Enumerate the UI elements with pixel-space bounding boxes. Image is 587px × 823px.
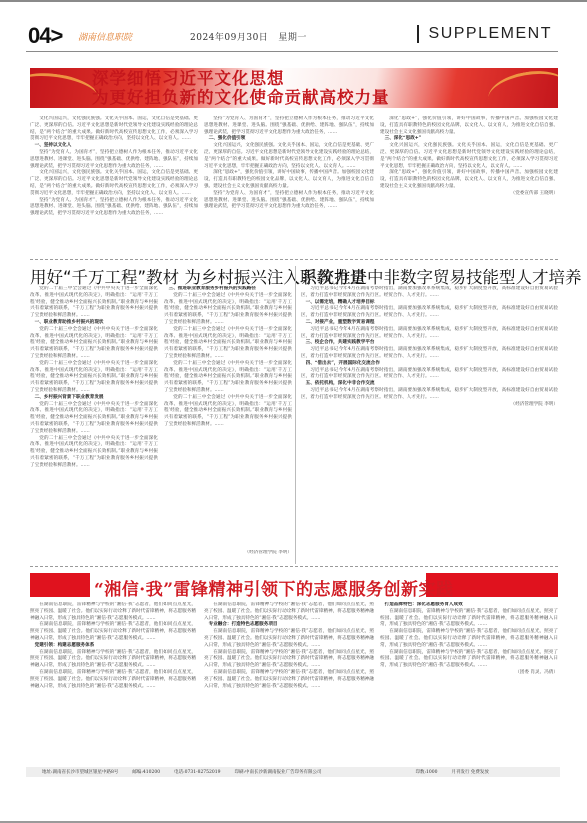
article-culture-col-3: 深化“思政+”，强化价值引领，讲好中国故事，传播中国声音。加强校园文化建设，打造…	[380, 116, 558, 262]
column-divider	[295, 266, 296, 564]
banner-headline: 深学细悟习近平文化思想 为更好担负新的文化使命贡献高校力量	[92, 69, 390, 107]
footer-distribution: 月刊发行 免费发放	[451, 769, 488, 775]
paper-name: 湖南信息职院	[78, 30, 132, 43]
imprint-footer: 地址:湖南省长沙市望城区银星中路8号 邮编:410200 电话:0731-827…	[26, 767, 560, 777]
article-volunteer-title: “湘信·我”雷锋精神引领下的志愿服务创新实践	[94, 575, 453, 600]
page-number: 04>	[28, 23, 62, 49]
footer-address: 地址:湖南省长沙市望城区银星中路8号	[42, 769, 118, 775]
footer-phone: 电话:0731-82752019	[174, 769, 220, 775]
article-culture-col-1: 文化兴国运兴，文化强民族强。文化关乎国本、国运，文化自信是更基础、更广泛、更深厚…	[30, 116, 198, 262]
article-rural-signature: （经济管理学院 李明）	[164, 550, 292, 560]
article-rural-col-1: 党的二十届三中全会通过《中共中央关于进一步全面深化改革、推进中国式现代化的决定》…	[30, 286, 158, 548]
section-divider	[30, 566, 558, 567]
top-rule	[0, 0, 587, 2]
issue-date: 2024年09月30日 星期一	[190, 30, 307, 43]
section-divider	[30, 259, 558, 260]
headline-banner: 深学细悟习近平文化思想 为更好担负新的文化使命贡献高校力量	[30, 68, 558, 108]
footer-circulation: 印数:1000	[416, 769, 438, 775]
article-trade-body: 习近平总书记今年4月在湖南考察时指出，湖南要加强改革系统集成，稳步扩大制度型开放…	[301, 286, 558, 562]
section-label: SUPPLEMENT	[417, 25, 552, 43]
footer-printer: 印刷:中南长沙新湖南报业广告印务有限公司	[235, 769, 322, 775]
article-culture-col-2: 坚持“为党育人、为国育才”，坚持把立德树人作为根本任务，推动习近平文化思想进教材…	[204, 116, 374, 262]
article-volunteer-col-1: 在湖南信息职院，雷锋精神与学校的“湘信·我”志愿者，他们如同点点星光，照亮了校园…	[30, 602, 196, 762]
article-rural-col-2: 三、推进职业教育服务乡村振兴的实践路径 党的二十届三中全会通过《中共中央关于进一…	[164, 286, 292, 548]
article-trade-title: 系统推进中非数字贸易技能型人才培养	[301, 264, 582, 288]
masthead: 04> 湖南信息职院 2024年09月30日 星期一 SUPPLEMENT	[26, 20, 558, 52]
article-volunteer-col-2: 在湖南信息职院，雷锋精神与学校的“湘信·我”志愿者，他们如同点点星光，照亮了校园…	[204, 602, 374, 762]
article-volunteer-col-3: 打造品牌特色：深化志愿服务育人成效 在湖南信息职院，雷锋精神与学校的“湘信·我”…	[380, 602, 558, 762]
decorative-swoosh	[485, 68, 558, 108]
footer-postcode: 邮编:410200	[132, 769, 160, 775]
